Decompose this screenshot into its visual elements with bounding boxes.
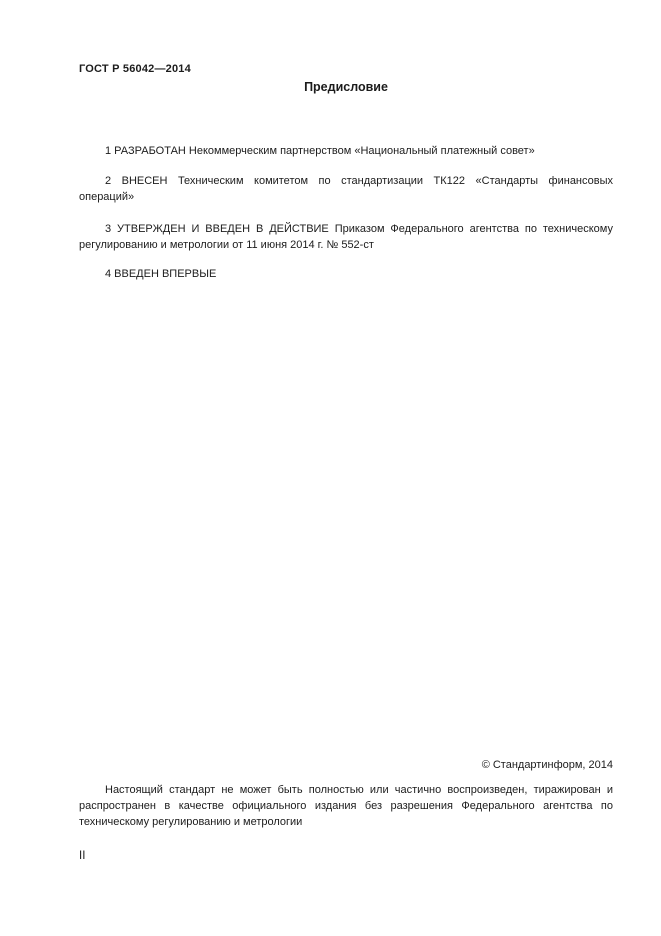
running-head-standard-number: ГОСТ Р 56042—2014: [79, 61, 613, 77]
foreword-item-text: 2 ВНЕСЕН Техническим комитетом по станда…: [79, 173, 613, 189]
foreword-item-submitted: 2 ВНЕСЕН Техническим комитетом по станда…: [79, 173, 613, 205]
foreword-item-first-introduced: 4 ВВЕДЕН ВПЕРВЫЕ: [79, 266, 613, 282]
foreword-item-developed: 1 РАЗРАБОТАН Некоммерческим партнерством…: [79, 143, 613, 159]
notice-text: Настоящий стандарт не может быть полност…: [79, 782, 613, 798]
notice-text: распространен в качестве официального из…: [79, 798, 613, 814]
foreword-item-text: операций»: [79, 189, 613, 205]
page-heading-foreword: Предисловие: [79, 79, 613, 96]
foreword-item-text: регулированию и метрологии от 11 июня 20…: [79, 237, 613, 253]
foreword-item-text: 4 ВВЕДЕН ВПЕРВЫЕ: [79, 266, 613, 282]
reproduction-restriction-notice: Настоящий стандарт не может быть полност…: [79, 782, 613, 830]
page-number: II: [79, 848, 613, 864]
notice-text: техническому регулированию и метрологии: [79, 814, 613, 830]
foreword-item-text: 3 УТВЕРЖДЕН И ВВЕДЕН В ДЕЙСТВИЕ Приказом…: [79, 221, 613, 237]
document-page: ГОСТ Р 56042—2014 Предисловие 1 РАЗРАБОТ…: [0, 0, 661, 936]
copyright-line: © Стандартинформ, 2014: [79, 757, 613, 773]
foreword-item-text: 1 РАЗРАБОТАН Некоммерческим партнерством…: [79, 143, 613, 159]
foreword-item-approved: 3 УТВЕРЖДЕН И ВВЕДЕН В ДЕЙСТВИЕ Приказом…: [79, 221, 613, 253]
